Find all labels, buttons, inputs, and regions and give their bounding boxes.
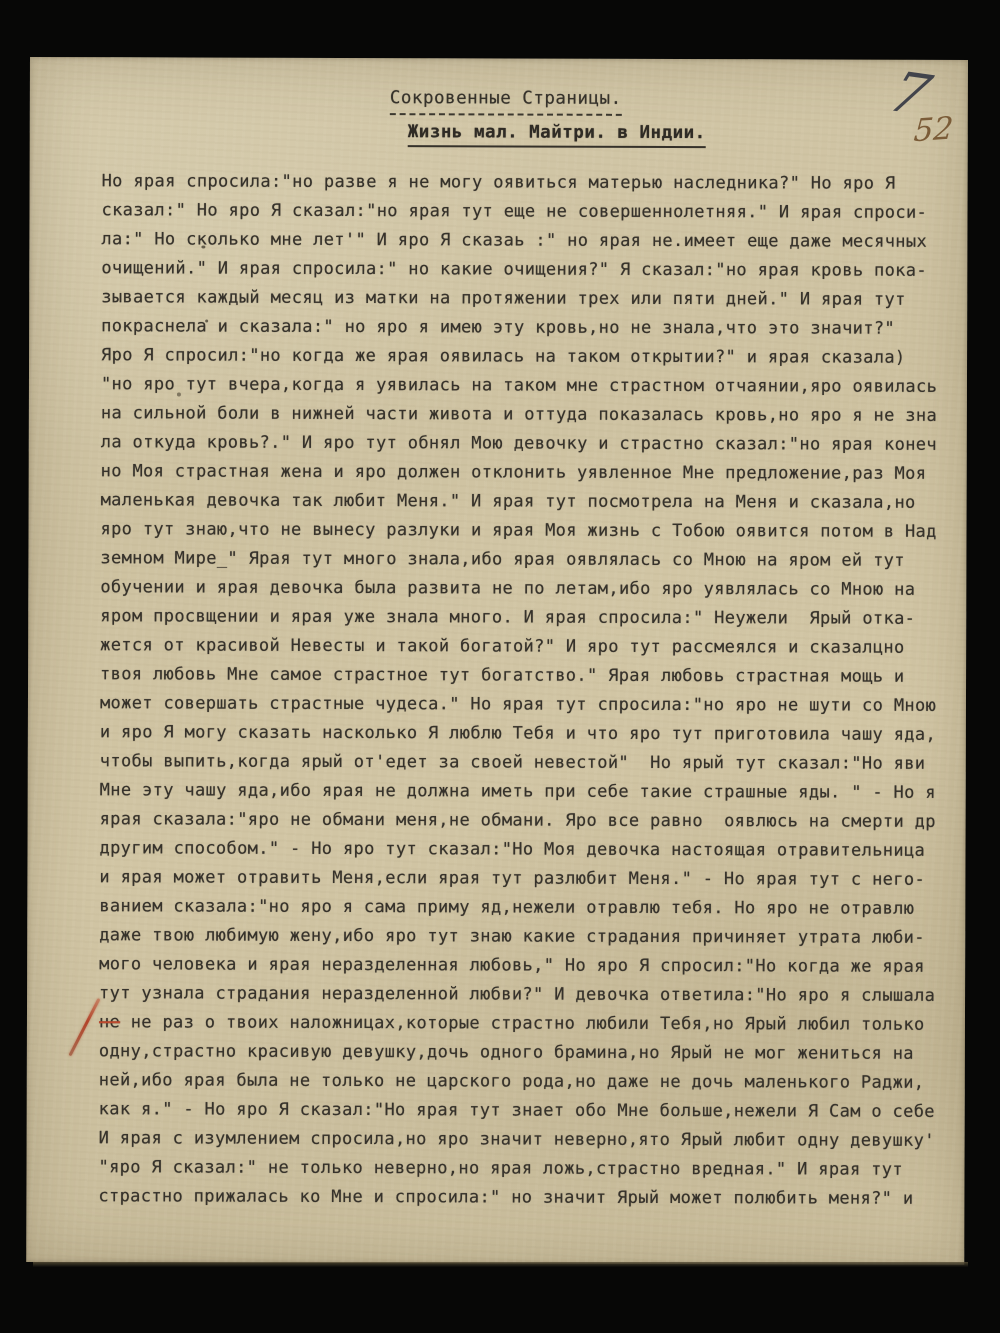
typed-line: на сильной боли в нижней части живота и …: [101, 399, 973, 431]
page-title: Сокровенные Страницы.: [390, 88, 622, 116]
typed-line: жется от красивой Невесты и такой богато…: [100, 631, 972, 663]
typed-text-block: Но ярая спросила:"но разве я не могу ояв…: [98, 167, 973, 1214]
typed-line: Яро Я спросил:"но когда же ярая оявилась…: [101, 341, 973, 373]
typed-line: "яро Я сказал:" не только неверно,но яра…: [98, 1153, 970, 1185]
typed-line: ла откуда кровь?." И яро тут обнял Мою д…: [101, 428, 973, 460]
typed-line: ванием сказала:"но яро я сама приму яд,н…: [99, 892, 971, 924]
typed-line: маленькая девочка так любит Меня." И яра…: [101, 486, 973, 518]
page-subheader: Жизнь мал. Майтри. в Индии.: [408, 122, 706, 148]
typed-line: Мне эту чашу яда,ибо ярая не должна имет…: [100, 776, 972, 808]
typed-line: зывается каждый месяц из матки на протяж…: [101, 283, 973, 315]
page-subtitle: Жизнь мал. Майтри. в Индии.: [408, 122, 706, 148]
page-header: Сокровенные Страницы.: [390, 88, 622, 116]
typed-line: но Моя страстная жена и яро должен откло…: [101, 457, 973, 489]
typed-line: не не раз о твоих наложницах,которые стр…: [99, 1008, 971, 1040]
typed-line: ней,ибо ярая была не только не царского …: [99, 1066, 971, 1098]
typed-line: покраснела и сказала:" но яро я имею эту…: [101, 312, 973, 344]
typed-line: "но яро тут вчера,когда я уявилась на та…: [101, 370, 973, 402]
typed-line: тут узнала страдания неразделенной любви…: [99, 979, 971, 1011]
typed-line: яром просвщении и ярая уже знала много. …: [100, 602, 972, 634]
red-pencil-margin-mark: [69, 998, 101, 1056]
typed-line: и ярая может отравить Меня,если ярая тут…: [99, 863, 971, 895]
struck-word: не: [99, 1012, 120, 1032]
typed-line: И ярая с изумлением спросила,но яро знач…: [99, 1124, 971, 1156]
typed-line: обучении и ярая девочка была развита не …: [100, 573, 972, 605]
photo-background: { "page": { "header": { "title": "Сокров…: [0, 0, 1000, 1333]
typed-line: может совершать страстные чудеса." Но яр…: [100, 689, 972, 721]
typed-line: мого человека и ярая неразделенная любов…: [99, 950, 971, 982]
typed-line: яро тут знаю,что не вынесу разлуки и яра…: [100, 515, 972, 547]
handwritten-archive-number: 52: [912, 110, 954, 149]
typed-line: страстно прижалась ко Мне и спросила:" н…: [98, 1182, 970, 1214]
typed-line: ярая сказала:"яро не обмани меня,не обма…: [100, 805, 972, 837]
typed-line: сказал:" Но яро Я сказал:"но ярая тут ещ…: [101, 196, 973, 228]
document-page: Сокровенные Страницы. Жизнь мал. Майтри.…: [26, 57, 968, 1265]
typed-line: как я." - Но яро Я сказал:"Но ярая тут з…: [99, 1095, 971, 1127]
typed-line: ла:" Но сколько мне лет'" И яро Я сказаь…: [101, 225, 973, 257]
typed-line: твоя любовь Мне самое страстное тут бога…: [100, 660, 972, 692]
typed-line: и яро Я могу сказать насколько Я люблю Т…: [100, 718, 972, 750]
typed-line: земном Мире_" Ярая тут много знала,ибо я…: [100, 544, 972, 576]
paper-edge-shadow: [33, 1262, 968, 1267]
typed-line: чтобы выпить,когда ярый от'едет за своей…: [100, 747, 972, 779]
typed-line: очищений." И ярая спросила:" но какие оч…: [101, 254, 973, 286]
typed-line: одну,страстно красивую девушку,дочь одно…: [99, 1037, 971, 1069]
typed-line: Но ярая спросила:"но разве я не могу ояв…: [102, 167, 974, 199]
typed-line: другим способом." - Но яро тут сказал:"Н…: [99, 834, 971, 866]
typed-line: даже твою любимую жену,ибо яро тут знаю …: [99, 921, 971, 953]
